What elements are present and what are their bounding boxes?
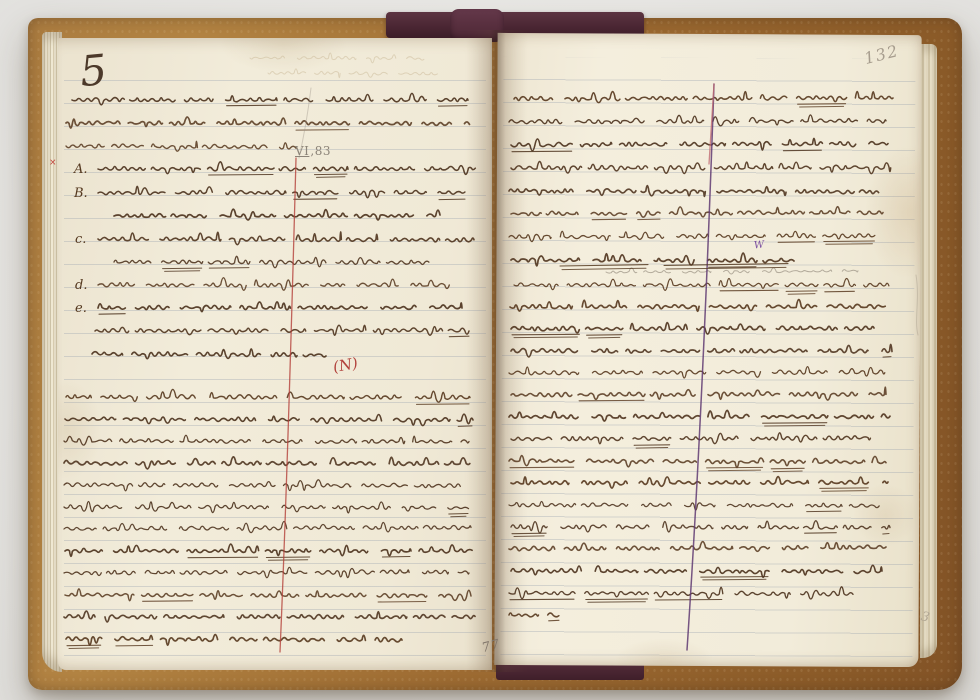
ruled-lines-right (500, 57, 915, 657)
ruled-lines-left (64, 58, 486, 662)
left-page (58, 38, 492, 670)
page-edge-stack-right (920, 44, 937, 658)
photo-backdrop: A.B.c.d.e. 5 VI,83 (N) × 132 77 W 3 (0, 0, 980, 700)
right-page (494, 33, 921, 667)
